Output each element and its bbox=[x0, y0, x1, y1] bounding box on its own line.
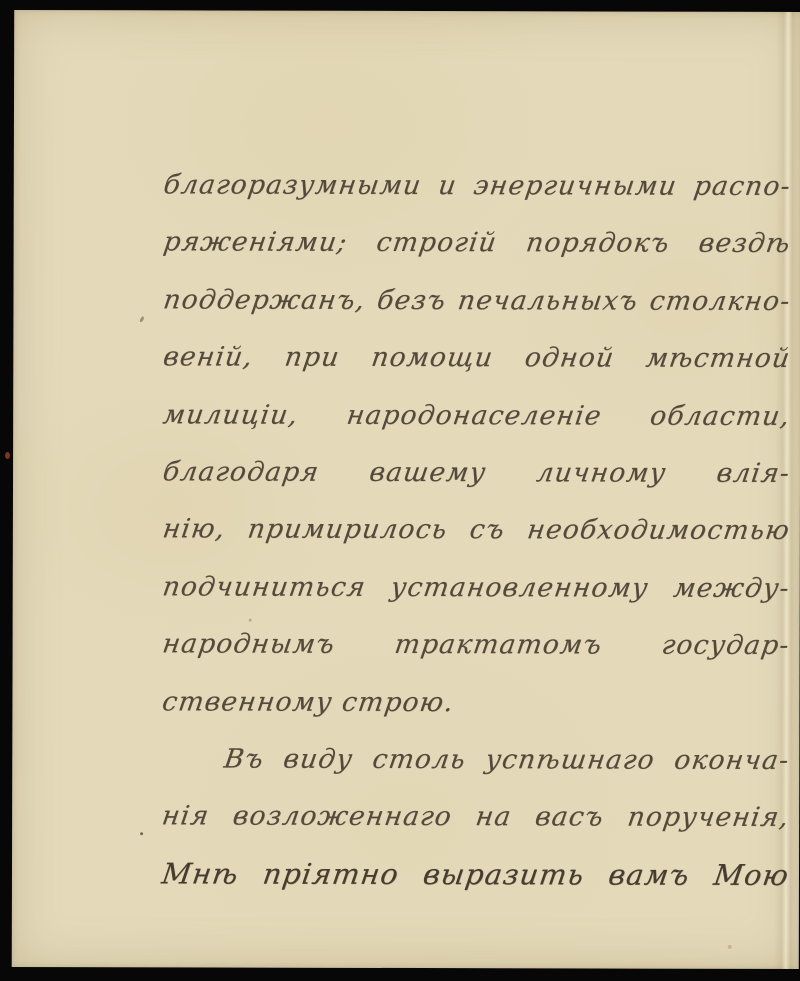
handwritten-line: Мнѣ пріятно выразить вамъ Мою bbox=[158, 845, 793, 904]
stray-ink-mark bbox=[139, 316, 145, 323]
handwritten-line: ственному строю. bbox=[158, 673, 793, 732]
handwritten-line: поддержанъ, безъ печальныхъ столкно- bbox=[159, 271, 794, 330]
handwritten-text-block: благоразумными и энергичными распо- ряже… bbox=[158, 156, 787, 904]
handwritten-line: благодаря вашему личному влія- bbox=[159, 443, 794, 502]
handwritten-line: нію, примирилось съ необходимостью bbox=[159, 501, 794, 560]
handwritten-line: подчиниться установленному между- bbox=[159, 558, 794, 617]
handwritten-line: народнымъ трактатомъ государ- bbox=[159, 616, 794, 675]
red-edge-mark bbox=[5, 452, 10, 459]
manuscript-page: благоразумными и энергичными распо- ряже… bbox=[12, 10, 800, 969]
paper-speck bbox=[728, 945, 732, 949]
handwritten-line-paragraph-start: Въ виду столь успѣшнаго оконча- bbox=[158, 730, 793, 789]
handwritten-line: нія возложеннаго на васъ порученія, bbox=[158, 788, 793, 847]
handwritten-line: милиціи, народонаселеніе области, bbox=[159, 386, 794, 445]
manuscript-photo: благоразумными и энергичными распо- ряже… bbox=[0, 0, 800, 981]
paper-speck bbox=[140, 832, 143, 835]
handwritten-line: ряженіями; строгій порядокъ вездѣ bbox=[160, 214, 795, 273]
handwritten-line: благоразумными и энергичными распо- bbox=[160, 156, 795, 215]
handwritten-line: веній, при помощи одной мѣстной bbox=[159, 329, 794, 388]
